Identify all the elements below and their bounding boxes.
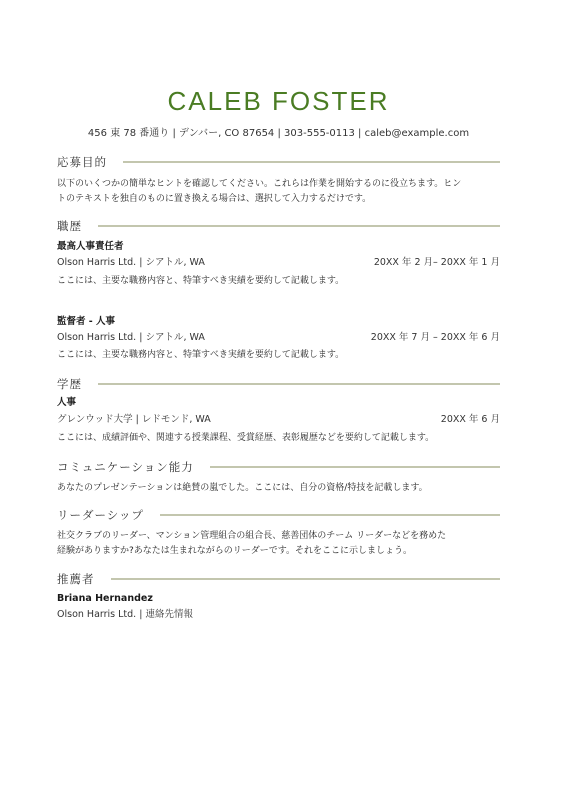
objective-line-1: 以下のいくつかの簡単なヒントを確認してください。これらは作業を開始するのに役立ち… — [57, 177, 500, 192]
leadership-line-2: 経験がありますか?あなたは生まれながらのリーダーです。それをここに示しましょう。 — [57, 544, 500, 559]
contact-info: 456 東 78 番通り | デンバー, CO 87654 | 303-555-… — [57, 127, 500, 141]
job-meta-row: Olson Harris Ltd. | シアトル, WA 20XX 年 7 月 … — [57, 331, 500, 345]
leadership-line-1: 社交クラブのリーダー、マンション管理組合の組合長、慈善団体のチーム リーダーなど… — [57, 529, 500, 544]
job-meta-row: Olson Harris Ltd. | シアトル, WA 20XX 年 2 月–… — [57, 256, 500, 270]
section-title: 学歴 — [57, 376, 82, 392]
objective-line-2: トのテキストを独自のものに置き換える場合は、選択して入力するだけです。 — [57, 192, 500, 207]
section-title: 推薦者 — [57, 571, 95, 587]
job-dates: 20XX 年 7 月 – 20XX 年 6 月 — [371, 331, 500, 345]
section-leadership-header: リーダーシップ — [57, 507, 500, 523]
section-title: 職歴 — [57, 218, 82, 234]
section-objective-header: 応募目的 — [57, 154, 500, 170]
section-divider — [160, 514, 500, 516]
education-meta-row: グレンウッド大学 | レドモンド, WA 20XX 年 6 月 — [57, 413, 500, 427]
section-divider — [98, 383, 500, 385]
job-title: 監督者 - 人事 — [57, 315, 115, 329]
section-title: リーダーシップ — [57, 507, 144, 523]
graduation-date: 20XX 年 6 月 — [441, 413, 500, 427]
education-description: ここには、成績評価や、関連する授業課程、受賞経歴、表彰履歴などを要約して記載しま… — [57, 431, 500, 446]
section-communication-header: コミュニケーション能力 — [57, 459, 500, 475]
job-description: ここには、主要な職務内容と、特筆すべき実績を要約して記載します。 — [57, 274, 500, 289]
job-description: ここには、主要な職務内容と、特筆すべき実績を要約して記載します。 — [57, 348, 500, 363]
reference-detail: Olson Harris Ltd. | 連絡先情報 — [57, 608, 193, 622]
section-education-header: 学歴 — [57, 376, 500, 392]
section-divider — [210, 466, 500, 468]
degree-title: 人事 — [57, 396, 76, 410]
candidate-name: CALEB FOSTER — [57, 85, 500, 117]
job-title: 最高人事責任者 — [57, 240, 124, 254]
section-references-header: 推薦者 — [57, 571, 500, 587]
section-divider — [111, 578, 501, 580]
reference-detail-row: Olson Harris Ltd. | 連絡先情報 — [57, 608, 500, 622]
school-name: グレンウッド大学 | レドモンド, WA — [57, 413, 211, 427]
section-divider — [123, 161, 500, 163]
job-dates: 20XX 年 2 月– 20XX 年 1 月 — [374, 256, 500, 270]
job-company: Olson Harris Ltd. | シアトル, WA — [57, 256, 205, 270]
communication-text: あなたのプレゼンテーションは絶賛の嵐でした。ここには、自分の資格/特技を記載しま… — [57, 481, 500, 496]
section-divider — [98, 225, 500, 227]
job-company: Olson Harris Ltd. | シアトル, WA — [57, 331, 205, 345]
reference-name: Briana Hernandez — [57, 592, 153, 606]
section-experience-header: 職歴 — [57, 218, 500, 234]
section-title: コミュニケーション能力 — [57, 459, 194, 475]
section-title: 応募目的 — [57, 154, 107, 170]
